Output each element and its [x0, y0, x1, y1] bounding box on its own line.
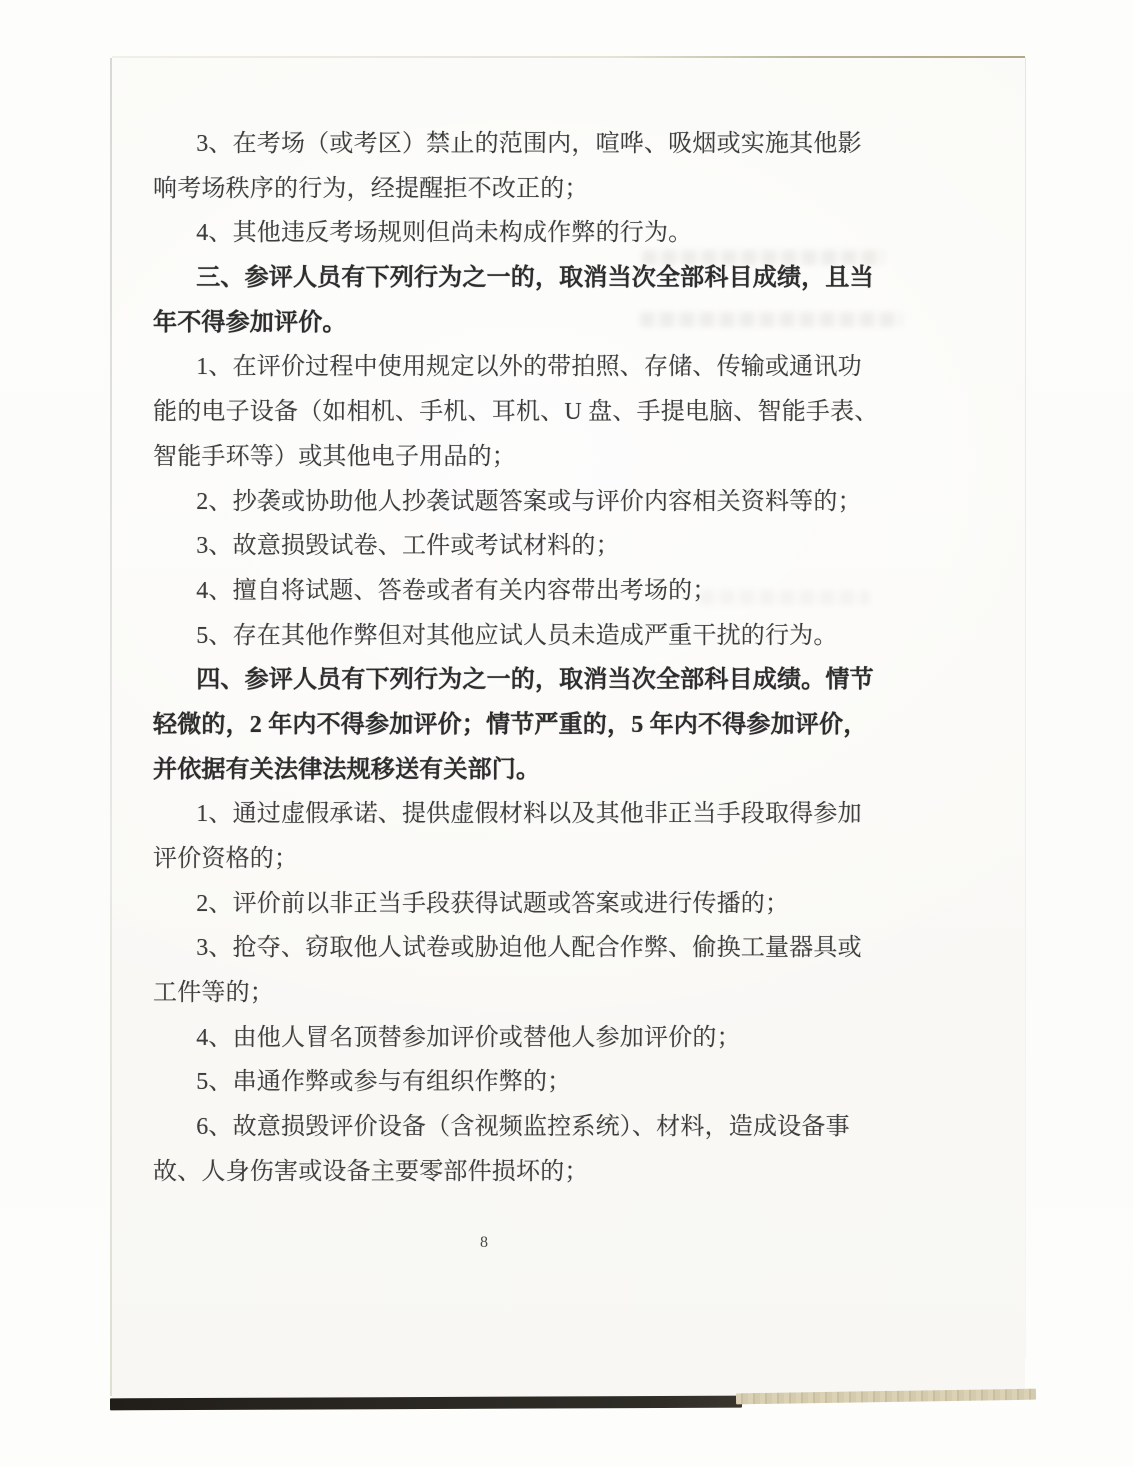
- text-line: 故、人身伤害或设备主要零部件损坏的；: [153, 1150, 815, 1195]
- text-line: 5、串通作弊或参与有组织作弊的；: [153, 1060, 815, 1105]
- page-number: 8: [153, 1234, 815, 1252]
- text-line: 1、在评价过程中使用规定以外的带拍照、存储、传输或通讯功: [153, 345, 815, 390]
- text-line: 5、存在其他作弊但对其他应试人员未造成严重干扰的行为。: [153, 614, 815, 659]
- text-line: 3、抢夺、窃取他人试卷或胁迫他人配合作弊、偷换工量器具或: [153, 926, 815, 971]
- text-line: 年不得参加评价。: [153, 301, 815, 346]
- text-line: 3、故意损毁试卷、工件或考试材料的；: [153, 524, 815, 569]
- text-line: 4、擅自将试题、答卷或者有关内容带出考场的；: [153, 569, 815, 614]
- text-line: 轻微的，2 年内不得参加评价；情节严重的，5 年内不得参加评价，: [153, 703, 815, 748]
- text-line: 能的电子设备（如相机、手机、耳机、U 盘、手提电脑、智能手表、: [153, 390, 815, 435]
- scanner-background: 3、在考场（或考区）禁止的范围内，喧哗、吸烟或实施其他影响考场秩序的行为，经提醒…: [0, 0, 1133, 1467]
- text-line: 工件等的；: [153, 971, 815, 1016]
- text-line: 响考场秩序的行为，经提醒拒不改正的；: [153, 167, 815, 212]
- text-line: 评价资格的；: [153, 837, 815, 882]
- text-line: 2、抄袭或协助他人抄袭试题答案或与评价内容相关资料等的；: [153, 480, 815, 525]
- text-line: 4、由他人冒名顶替参加评价或替他人参加评价的；: [153, 1016, 815, 1061]
- text-line: 并依据有关法律法规移送有关部门。: [153, 748, 815, 793]
- document-body-text: 3、在考场（或考区）禁止的范围内，喧哗、吸烟或实施其他影响考场秩序的行为，经提醒…: [153, 122, 815, 1195]
- text-line: 智能手环等）或其他电子用品的；: [153, 435, 815, 480]
- page-bottom-shadow: [110, 1396, 742, 1411]
- text-line: 4、其他违反考场规则但尚未构成作弊的行为。: [153, 211, 815, 256]
- text-line: 3、在考场（或考区）禁止的范围内，喧哗、吸烟或实施其他影: [153, 122, 815, 167]
- text-line: 四、参评人员有下列行为之一的，取消当次全部科目成绩。情节: [153, 658, 815, 703]
- text-line: 6、故意损毁评价设备（含视频监控系统）、材料，造成设备事: [153, 1105, 815, 1150]
- text-line: 三、参评人员有下列行为之一的，取消当次全部科目成绩，且当: [153, 256, 815, 301]
- text-line: 2、评价前以非正当手段获得试题或答案或进行传播的；: [153, 882, 815, 927]
- text-line: 1、通过虚假承诺、提供虚假材料以及其他非正当手段取得参加: [153, 792, 815, 837]
